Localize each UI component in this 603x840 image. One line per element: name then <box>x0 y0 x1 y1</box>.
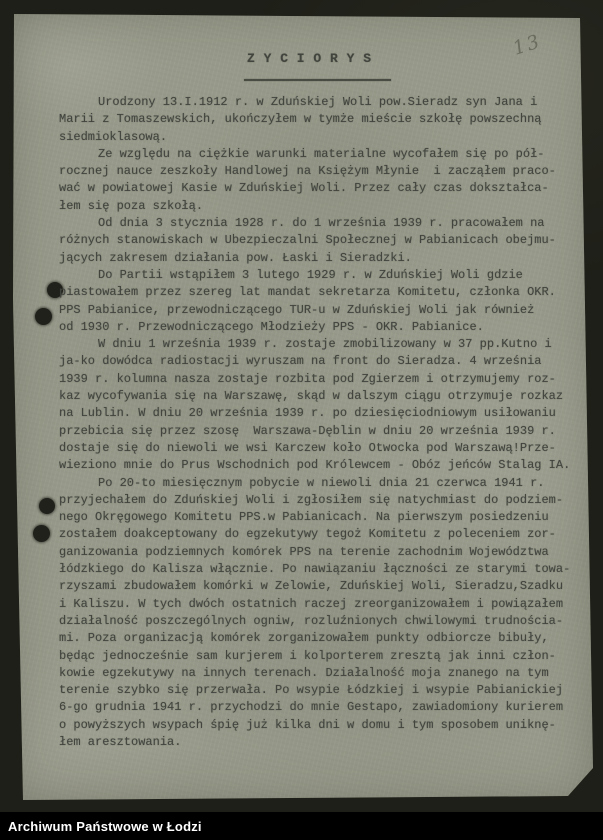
text-line: będąc jednocześnie sam kurjerem i kolpor… <box>59 648 569 665</box>
text-line: o powyższych wsypach śpię już kilka dni … <box>59 717 569 734</box>
text-line: zostałem doakceptowany do egzekutywy teg… <box>59 526 569 543</box>
text-line: dostaje się do niewoli we wsi Karczew ko… <box>59 440 569 457</box>
punch-hole <box>39 498 55 514</box>
document-title: Z Y C I O R Y S <box>247 51 372 66</box>
text-line: od 1930 r. Przewodniczącego Młodzieży PP… <box>59 319 569 336</box>
text-line: łódzkiego do Kalisza włącznie. Po nawiąz… <box>59 561 569 578</box>
text-line: przyjechałem do Zduńskiej Woli i zgłosił… <box>59 492 569 509</box>
text-line: różnych stanowiskach w Ubezpieczalni Spo… <box>59 232 569 249</box>
text-line: wać w powiatowej Kasie w Zduńskiej Woli.… <box>59 180 569 197</box>
text-line: 6-go grudnia 1941 r. przychodzi do mnie … <box>59 699 569 716</box>
archive-footer-bar: Archiwum Państwowe w Łodzi <box>0 812 603 840</box>
scanned-document-page: Z Y C I O R Y S 13 Urodzony 13.I.1912 r.… <box>0 0 603 840</box>
text-line: na Lublin. W dniu 20 września 1939 r. po… <box>59 405 569 422</box>
text-line: PPS Pabianice, przewodniczącego TUR-u w … <box>59 302 569 319</box>
punch-hole <box>33 525 50 542</box>
text-line: Od dnia 3 stycznia 1928 r. do 1 września… <box>59 215 569 232</box>
text-line: łem się poza szkołą. <box>59 198 569 215</box>
text-line: siedmioklasową. <box>59 129 569 146</box>
handwritten-page-number: 13 <box>510 30 544 60</box>
text-line: piastowałem przez szereg lat mandat sekr… <box>59 284 569 301</box>
text-line: Marii z Tomaszewskich, ukończyłem w tymż… <box>59 111 569 128</box>
text-line: Po 20-to miesięcznym pobycie w niewoli d… <box>59 475 569 492</box>
text-line: kowie egzekutywy na innych terenach. Dzi… <box>59 665 569 682</box>
paragraph: Do Partii wstąpiłem 3 lutego 1929 r. w Z… <box>59 267 569 336</box>
text-line: rzyszami zbudowałem komórki w Zelowie, Z… <box>59 578 569 595</box>
paper-sheet: Z Y C I O R Y S 13 Urodzony 13.I.1912 r.… <box>0 0 603 812</box>
paragraph: Od dnia 3 stycznia 1928 r. do 1 września… <box>59 215 569 267</box>
document-text: Urodzony 13.I.1912 r. w Zduńskiej Woli p… <box>59 94 569 751</box>
paragraph: Po 20-to miesięcznym pobycie w niewoli d… <box>59 475 569 752</box>
text-line: wieziono mnie do Prus Wschodnich pod Kró… <box>59 457 569 474</box>
text-line: Do Partii wstąpiłem 3 lutego 1929 r. w Z… <box>59 267 569 284</box>
text-line: mi. Poza organizacją komórek zorganizowa… <box>59 630 569 647</box>
paragraph: Urodzony 13.I.1912 r. w Zduńskiej Woli p… <box>59 94 569 146</box>
text-line: rocznej nauce zeszkoły Handlowej na Księ… <box>59 163 569 180</box>
text-line: kaz wycofywania się na Warszawę, skąd w … <box>59 388 569 405</box>
archive-name-label: Archiwum Państwowe w Łodzi <box>0 819 202 834</box>
title-underline <box>244 79 391 81</box>
text-line: W dniu 1 września 1939 r. zostaje zmobil… <box>59 336 569 353</box>
text-line: Ze względu na ciężkie warunki materialne… <box>59 146 569 163</box>
text-line: terenie szybko się przerwała. Po wsypie … <box>59 682 569 699</box>
text-line: łem aresztowania. <box>59 734 569 751</box>
paragraph: W dniu 1 września 1939 r. zostaje zmobil… <box>59 336 569 474</box>
text-line: Urodzony 13.I.1912 r. w Zduńskiej Woli p… <box>59 94 569 111</box>
text-line: 1939 r. kolumna nasza zostaje rozbita po… <box>59 371 569 388</box>
paragraph: Ze względu na ciężkie warunki materialne… <box>59 146 569 215</box>
text-line: ganizowania podziemnych komórek PPS na t… <box>59 544 569 561</box>
text-line: przebicia się przez szosę Warszawa-Dębli… <box>59 423 569 440</box>
text-line: jących zakresem działania pow. Łaski i S… <box>59 250 569 267</box>
text-line: działalność poszczególnych ogniw, rozluź… <box>59 613 569 630</box>
punch-hole <box>35 308 52 325</box>
text-line: ja-ko dowódca radiostacji wyruszam na fr… <box>59 353 569 370</box>
text-line: i Kaliszu. W tych dwóch ostatnich raczej… <box>59 596 569 613</box>
text-line: nego Okręgowego Komitetu PPS.w Pabianica… <box>59 509 569 526</box>
